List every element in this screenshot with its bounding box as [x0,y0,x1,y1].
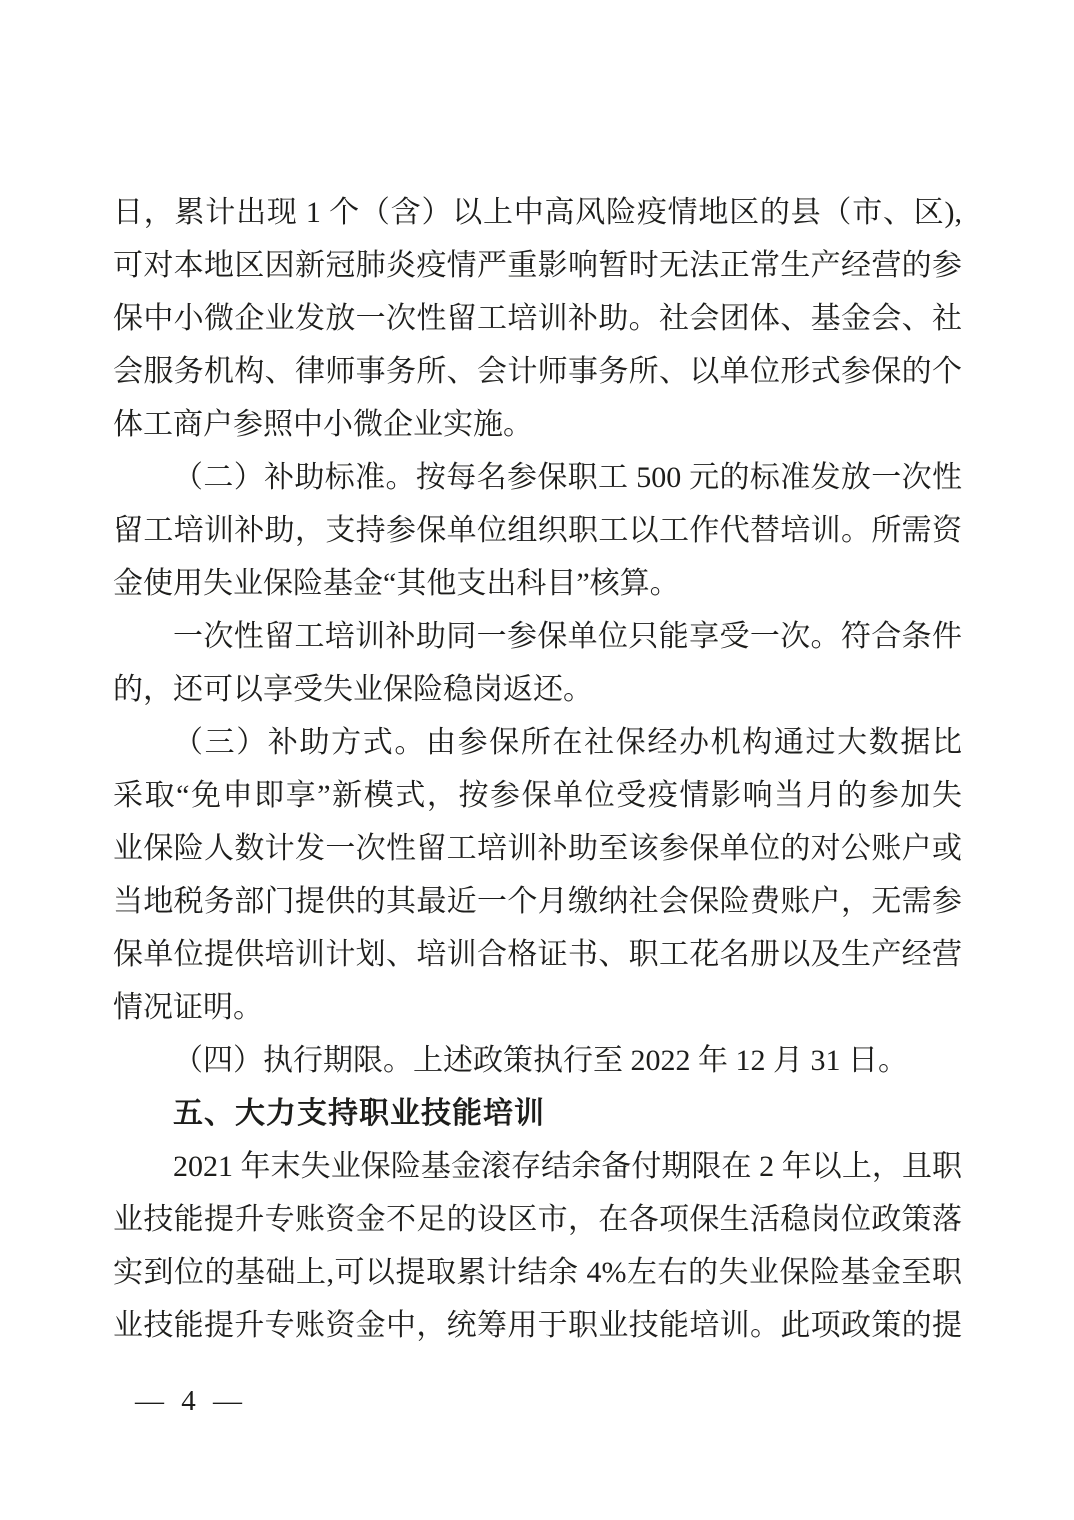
text-line: 可对本地区因新冠肺炎疫情严重影响暂时无法正常生产经营的参 [113,239,962,292]
text-line: （四）执行期限。上述政策执行至 2022 年 12 月 31 日。 [113,1034,962,1087]
text-line: 会服务机构、律师事务所、会计师事务所、以单位形式参保的个 [113,345,962,398]
text-line: 金使用失业保险基金“其他支出科目”核算。 [113,557,962,610]
document-text-block: 日，累计出现 1 个（含）以上中高风险疫情地区的县（市、区),可对本地区因新冠肺… [113,186,962,1352]
page-number: — 4 — [135,1384,242,1418]
text-line: 2021 年末失业保险基金滚存结余备付期限在 2 年以上，且职 [113,1140,962,1193]
text-line: 体工商户参照中小微企业实施。 [113,398,962,451]
text-line: （三）补助方式。由参保所在社保经办机构通过大数据比对， [113,716,962,769]
text-line: 采取“免申即享”新模式，按参保单位受疫情影响当月的参加失 [113,769,962,822]
text-line: 业技能提升专账资金不足的设区市，在各项保生活稳岗位政策落 [113,1193,962,1246]
text-line: 的，还可以享受失业保险稳岗返还。 [113,663,962,716]
text-line: 日，累计出现 1 个（含）以上中高风险疫情地区的县（市、区), [113,186,962,239]
text-line: 当地税务部门提供的其最近一个月缴纳社会保险费账户，无需参 [113,875,962,928]
text-line: 情况证明。 [113,981,962,1034]
section-heading: 五、大力支持职业技能培训 [113,1087,962,1140]
text-line: 业技能提升专账资金中，统筹用于职业技能培训。此项政策的提 [113,1299,962,1352]
text-line: 保单位提供培训计划、培训合格证书、职工花名册以及生产经营 [113,928,962,981]
document-page: 日，累计出现 1 个（含）以上中高风险疫情地区的县（市、区),可对本地区因新冠肺… [0,0,1074,1520]
text-line: 一次性留工培训补助同一参保单位只能享受一次。符合条件 [113,610,962,663]
text-line: 留工培训补助，支持参保单位组织职工以工作代替培训。所需资 [113,504,962,557]
text-line: （二）补助标准。按每名参保职工 500 元的标准发放一次性 [113,451,962,504]
text-line: 实到位的基础上,可以提取累计结余 4%左右的失业保险基金至职 [113,1246,962,1299]
text-line: 保中小微企业发放一次性留工培训补助。社会团体、基金会、社 [113,292,962,345]
text-line: 业保险人数计发一次性留工培训补助至该参保单位的对公账户或 [113,822,962,875]
